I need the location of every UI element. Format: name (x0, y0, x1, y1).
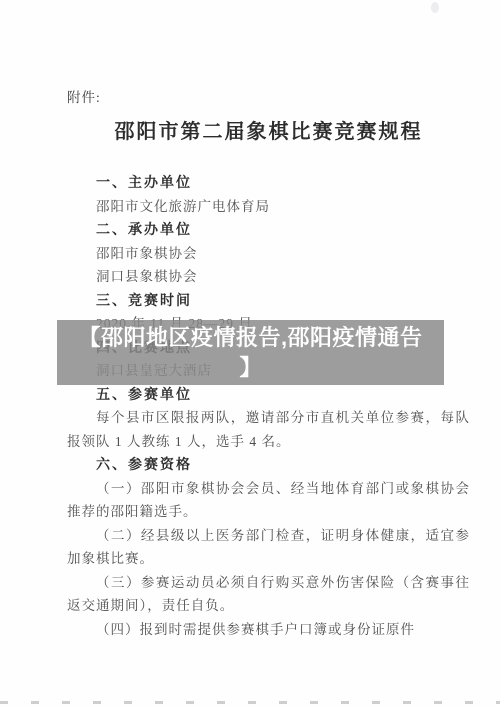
section-3-heading: 三、竞赛时间 (96, 289, 470, 313)
watermark-text-line-1: 【邵阳地区疫情报告,邵阳疫情通告 (57, 323, 444, 353)
watermark-text-line-2: 】 (57, 353, 444, 383)
section-6-paragraph-1: （一）邵阳市象棋协会会员、经当地体育部门或象棋协会推荐的邵阳籍选手。 (67, 477, 470, 524)
scan-artifact (431, 2, 439, 13)
watermark-overlay: 【邵阳地区疫情报告,邵阳疫情通告 】 (57, 320, 444, 385)
document-title: 邵阳市第二届象棋比赛竞赛规程 (67, 118, 470, 146)
section-6-paragraph-3: （三）参赛运动员必须自行购买意外伤害保险（含赛事往返交通期间），责任自负。 (67, 571, 470, 618)
section-5-heading: 五、参赛单位 (96, 383, 470, 407)
section-6-heading: 六、参赛资格 (96, 453, 470, 477)
section-2-heading: 二、承办单位 (96, 218, 470, 242)
scanned-document-page: 附件: 邵阳市第二届象棋比赛竞赛规程 一、主办单位 邵阳市文化旅游广电体育局 二… (0, 0, 500, 706)
section-1-heading: 一、主办单位 (96, 171, 470, 195)
section-2-line-1: 邵阳市象棋协会 (96, 242, 470, 266)
scan-edge-pattern (0, 701, 500, 704)
attachment-label: 附件: (67, 88, 470, 108)
section-6-paragraph-2: （二）经县级以上医务部门检查，证明身体健康，适宜参加象棋比赛。 (67, 524, 470, 571)
section-2-line-2: 洞口县象棋协会 (96, 265, 470, 289)
section-1-line: 邵阳市文化旅游广电体育局 (96, 195, 470, 219)
section-5-paragraph: 每个县市区限报两队，邀请部分市直机关单位参赛，每队报领队 1 人教练 1 人，选… (67, 406, 470, 453)
section-6-paragraph-4: （四）报到时需提供参赛棋手户口簿或身份证原件 (67, 618, 470, 642)
document-body: 一、主办单位 邵阳市文化旅游广电体育局 二、承办单位 邵阳市象棋协会 洞口县象棋… (67, 171, 470, 641)
